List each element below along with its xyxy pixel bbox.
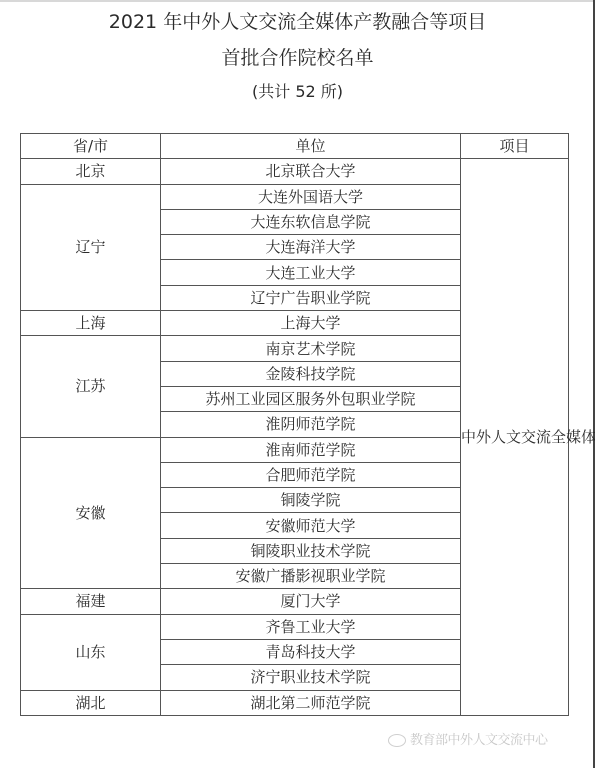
province-cell: 辽宁 [21, 184, 161, 310]
unit-cell: 齐鲁工业大学 [161, 614, 461, 639]
wechat-icon [388, 734, 406, 747]
table-row: 北京 北京联合大学 中外人文交流全媒体产教融合项目 [21, 159, 569, 184]
province-cell: 北京 [21, 159, 161, 184]
unit-cell: 上海大学 [161, 311, 461, 336]
unit-cell: 金陵科技学院 [161, 361, 461, 386]
document-title-line1: 2021 年中外人文交流全媒体产教融合等项目 [0, 8, 595, 36]
unit-cell: 大连工业大学 [161, 260, 461, 285]
unit-cell: 青岛科技大学 [161, 639, 461, 664]
unit-cell: 安徽师范大学 [161, 513, 461, 538]
unit-cell: 苏州工业园区服务外包职业学院 [161, 386, 461, 411]
header-province: 省/市 [21, 134, 161, 159]
header-unit: 单位 [161, 134, 461, 159]
province-cell: 江苏 [21, 336, 161, 437]
document-subtitle: (共计 52 所) [0, 80, 595, 104]
unit-cell: 合肥师范学院 [161, 462, 461, 487]
unit-cell: 淮南师范学院 [161, 437, 461, 462]
province-cell: 福建 [21, 589, 161, 614]
unit-cell: 大连东软信息学院 [161, 209, 461, 234]
project-cell: 中外人文交流全媒体产教融合项目 [461, 159, 569, 716]
unit-cell: 济宁职业技术学院 [161, 665, 461, 690]
unit-cell: 大连外国语大学 [161, 184, 461, 209]
province-cell: 安徽 [21, 437, 161, 589]
unit-cell: 铜陵职业技术学院 [161, 538, 461, 563]
header-project: 项目 [461, 134, 569, 159]
province-cell: 湖北 [21, 690, 161, 715]
province-cell: 山东 [21, 614, 161, 690]
watermark: 教育部中外人文交流中心 [388, 729, 548, 748]
institution-table: 省/市 单位 项目 北京 北京联合大学 中外人文交流全媒体产教融合项目 辽宁 大… [20, 133, 569, 716]
province-cell: 上海 [21, 311, 161, 336]
unit-cell: 铜陵学院 [161, 488, 461, 513]
page-top-edge [0, 0, 595, 2]
unit-cell: 安徽广播影视职业学院 [161, 564, 461, 589]
unit-cell: 湖北第二师范学院 [161, 690, 461, 715]
unit-cell: 北京联合大学 [161, 159, 461, 184]
watermark-text: 教育部中外人文交流中心 [410, 733, 548, 748]
unit-cell: 淮阴师范学院 [161, 412, 461, 437]
unit-cell: 辽宁广告职业学院 [161, 285, 461, 310]
table-header-row: 省/市 单位 项目 [21, 134, 569, 159]
document-title-line2: 首批合作院校名单 [0, 44, 595, 72]
unit-cell: 厦门大学 [161, 589, 461, 614]
unit-cell: 南京艺术学院 [161, 336, 461, 361]
unit-cell: 大连海洋大学 [161, 235, 461, 260]
